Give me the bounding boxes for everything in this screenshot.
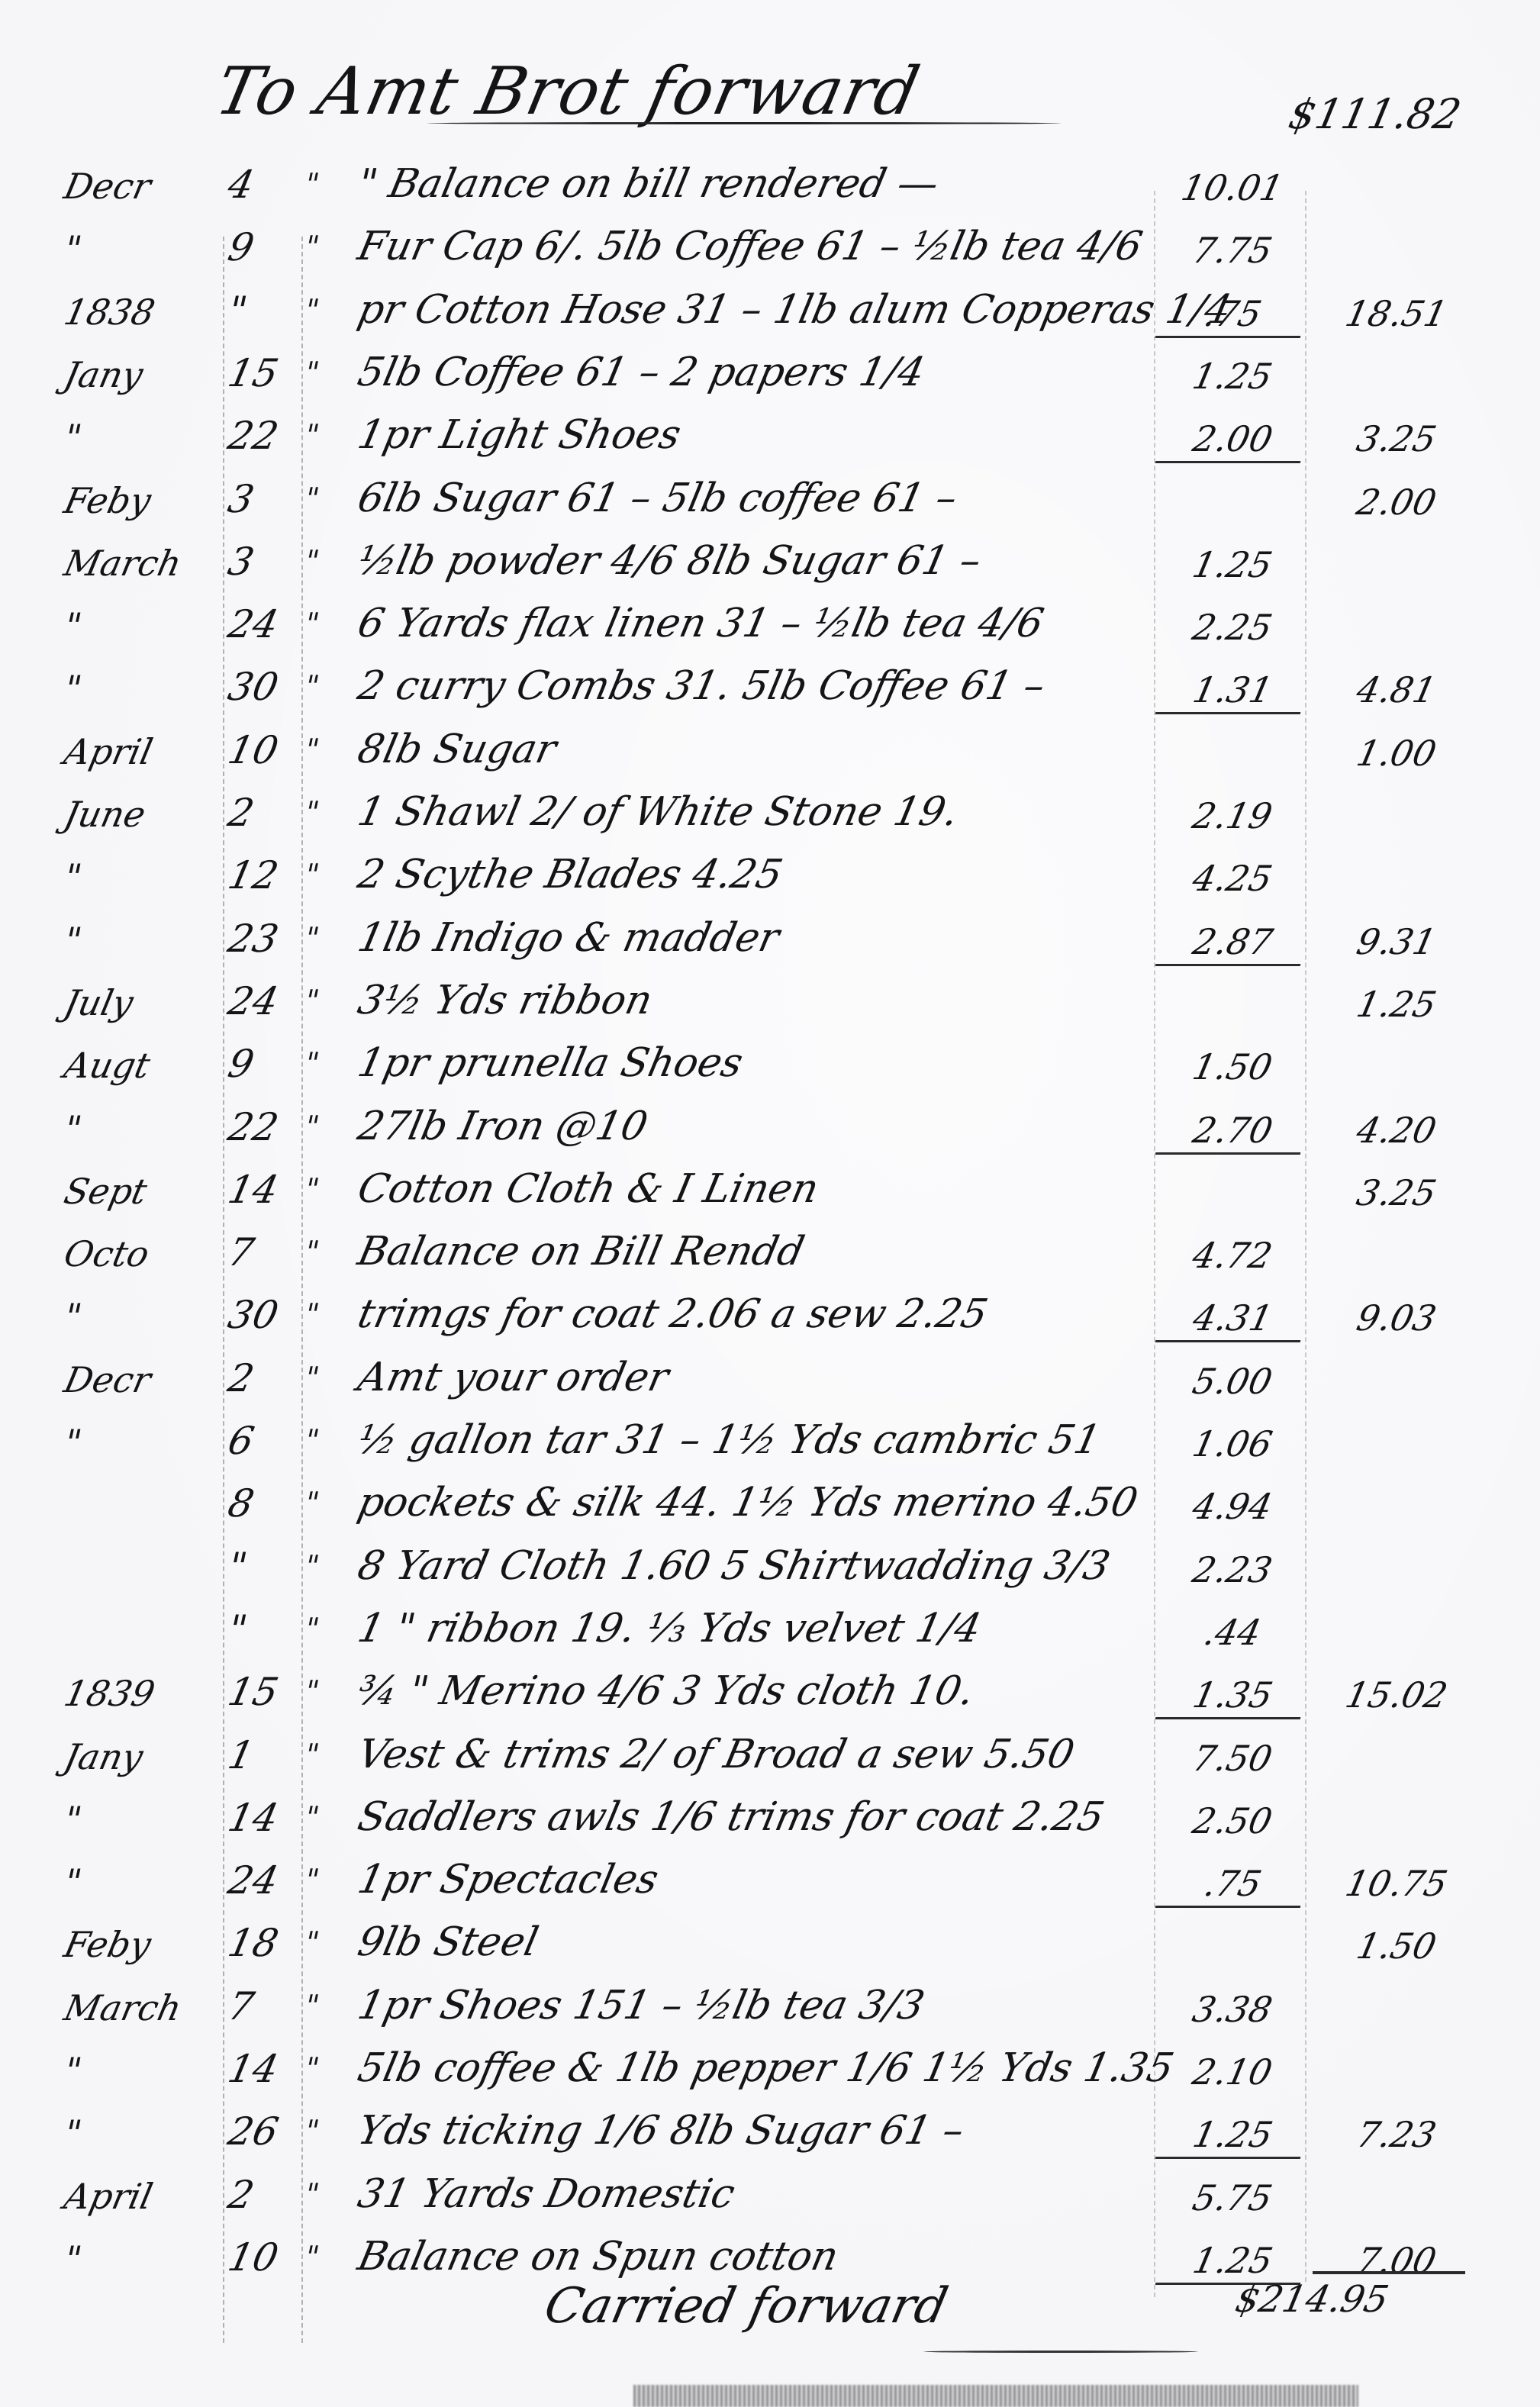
entry-amount: 5.75 — [1155, 2177, 1309, 2218]
entry-month: Octo — [60, 1233, 221, 1274]
heading-flourish — [427, 122, 1061, 124]
entry-amount: .75 — [1155, 1863, 1310, 1908]
entry-running-total: 7.00 — [1316, 2240, 1477, 2281]
entry-day: 14 — [224, 1796, 302, 1840]
entry-amount: 1.25 — [1155, 356, 1309, 397]
ledger-row: Decr2"Amt your order5.00 — [0, 1350, 1540, 1413]
entry-description: Yds ticking 1/6 8lb Sugar 61 – — [354, 2108, 1150, 2154]
entry-month: " — [60, 668, 221, 709]
entry-day: 9 — [224, 1042, 302, 1086]
ditto-mark: " — [301, 2114, 339, 2148]
ledger-row: Jany1"Vest & trims 2/ of Broad a sew 5.5… — [0, 1727, 1540, 1790]
entry-month: April — [60, 2176, 221, 2217]
ditto-mark: " — [301, 418, 339, 452]
entry-description: 1pr Light Shoes — [354, 412, 1150, 458]
ledger-row: 1838""pr Cotton Hose 31 – 1lb alum Coppe… — [0, 282, 1540, 345]
entry-description: 5lb coffee & 1lb pepper 1/6 1½ Yds 1.35 — [354, 2045, 1150, 2091]
ditto-mark: " — [301, 1738, 339, 1771]
entry-day: 30 — [224, 665, 302, 709]
entry-day: 12 — [224, 853, 302, 897]
entry-month: " — [60, 2238, 221, 2280]
entry-month: Feby — [60, 480, 221, 521]
entry-amount: 4.72 — [1155, 1235, 1309, 1276]
ledger-row: "14"Saddlers awls 1/6 trims for coat 2.2… — [0, 1790, 1540, 1852]
entry-running-total: 18.51 — [1316, 293, 1477, 334]
entry-amount: 2.87 — [1155, 921, 1310, 966]
entry-month: April — [60, 731, 221, 772]
ledger-page: To Amt Brot forward $111.82 Decr4"" Bala… — [0, 0, 1540, 2407]
entry-day: 4 — [224, 163, 302, 207]
carried-forward-label: Carried forward — [540, 2278, 952, 2334]
entry-description: 6lb Sugar 61 – 5lb coffee 61 – — [354, 475, 1150, 521]
entry-month: Decr — [60, 1359, 221, 1400]
entry-day: 14 — [224, 2047, 302, 2091]
entry-description: 3½ Yds ribbon — [354, 978, 1150, 1023]
ditto-mark: " — [301, 1423, 339, 1457]
entry-amount: 2.23 — [1155, 1549, 1309, 1590]
entry-description: Balance on Bill Rendd — [354, 1229, 1150, 1274]
ditto-mark: " — [301, 167, 339, 201]
entry-amount: 1.25 — [1155, 2114, 1310, 2159]
entry-description: " Balance on bill rendered — — [354, 161, 1150, 207]
entry-day: 24 — [224, 1858, 302, 1903]
entry-amount: 1.35 — [1155, 1674, 1310, 1719]
entry-description: 9lb Steel — [354, 1919, 1150, 1965]
page-heading: To Amt Brot forward — [209, 53, 926, 130]
ditto-mark: " — [301, 1297, 339, 1331]
entry-description: Vest & trims 2/ of Broad a sew 5.50 — [354, 1732, 1150, 1777]
ledger-row: Feby3"6lb Sugar 61 – 5lb coffee 61 –2.00 — [0, 471, 1540, 533]
entry-description: trimgs for coat 2.06 a sew 2.25 — [354, 1291, 1150, 1337]
entry-month: " — [60, 2112, 221, 2154]
entry-day: 10 — [224, 728, 302, 772]
brought-forward-total: $111.82 — [1284, 90, 1465, 138]
entry-month: " — [60, 417, 221, 458]
ditto-mark: " — [301, 1486, 339, 1519]
entry-day: 30 — [224, 1293, 302, 1337]
entry-running-total: 9.03 — [1316, 1297, 1477, 1339]
entry-day: 15 — [224, 1670, 302, 1714]
ledger-row: 8"pockets & silk 44. 1½ Yds merino 4.504… — [0, 1475, 1540, 1538]
entry-description: ½ gallon tar 31 – 1½ Yds cambric 51 — [354, 1417, 1150, 1463]
entry-description: 27lb Iron @10 — [354, 1104, 1150, 1149]
entry-description: 8lb Sugar — [354, 727, 1150, 772]
carried-forward-total: $214.95 — [1232, 2278, 1392, 2321]
ledger-row: Sept14"Cotton Cloth & I Linen3.25 — [0, 1162, 1540, 1224]
entry-month: Jany — [60, 1736, 221, 1777]
entry-day: 6 — [224, 1419, 302, 1463]
entry-amount: 2.25 — [1155, 607, 1309, 648]
entry-description: ½lb powder 4/6 8lb Sugar 61 – — [354, 538, 1150, 584]
entry-amount: 7.75 — [1155, 230, 1309, 271]
entry-amount: 2.50 — [1155, 1800, 1309, 1841]
ditto-mark: " — [301, 1800, 339, 1834]
scan-smudge — [633, 2385, 1358, 2407]
entry-month: " — [60, 856, 221, 897]
entry-month: March — [60, 543, 221, 584]
ditto-mark: " — [301, 921, 339, 955]
entry-description: 1pr prunella Shoes — [354, 1040, 1150, 1086]
ledger-row: "30"trimgs for coat 2.06 a sew 2.254.319… — [0, 1287, 1540, 1349]
entry-amount: 1.06 — [1155, 1423, 1309, 1464]
entry-month: " — [60, 1422, 221, 1463]
entry-running-total: 10.75 — [1316, 1863, 1477, 1904]
entry-day: 7 — [224, 1984, 302, 2028]
entry-month: " — [60, 605, 221, 646]
entry-running-total: 1.50 — [1316, 1925, 1477, 1967]
ledger-row: "6"½ gallon tar 31 – 1½ Yds cambric 511.… — [0, 1413, 1540, 1475]
ditto-mark: " — [301, 482, 339, 515]
entry-running-total: 4.81 — [1316, 669, 1477, 710]
entry-amount: 7.50 — [1155, 1738, 1309, 1779]
ditto-mark: " — [301, 2177, 339, 2211]
entry-month: Augt — [60, 1045, 221, 1086]
entry-running-total: 2.00 — [1316, 482, 1477, 523]
entry-running-total: 1.25 — [1316, 984, 1477, 1025]
ledger-row: Octo7"Balance on Bill Rendd4.72 — [0, 1224, 1540, 1287]
entry-description: 1pr Shoes 151 – ½lb tea 3/3 — [354, 1983, 1150, 2028]
ditto-mark: " — [301, 1172, 339, 1206]
entry-amount: 2.19 — [1155, 795, 1309, 836]
entry-month: Decr — [60, 166, 221, 207]
entry-running-total: 1.00 — [1316, 733, 1477, 774]
entry-running-total: 7.23 — [1316, 2114, 1477, 2155]
entry-amount: 1.31 — [1155, 669, 1310, 714]
ditto-mark: " — [301, 858, 339, 891]
entry-day: 22 — [224, 1105, 302, 1149]
entry-month: Jany — [60, 354, 221, 395]
entry-description: 1lb Indigo & madder — [354, 915, 1150, 961]
entry-amount: 5.00 — [1155, 1361, 1309, 1402]
entry-day: 14 — [224, 1168, 302, 1212]
entry-amount: 2.00 — [1155, 418, 1310, 463]
ditto-mark: " — [301, 1674, 339, 1708]
entry-day: " — [224, 1545, 302, 1589]
entry-day: 26 — [224, 2109, 302, 2154]
entry-amount: 4.25 — [1155, 858, 1309, 899]
entry-description: 8 Yard Cloth 1.60 5 Shirtwadding 3/3 — [354, 1543, 1150, 1589]
entry-month: " — [60, 228, 221, 269]
entry-month: " — [60, 920, 221, 961]
ditto-mark: " — [301, 544, 339, 578]
ledger-row: "9"Fur Cap 6/. 5lb Coffee 61 – ½lb tea 4… — [0, 219, 1540, 282]
ledger-row: Jany15"5lb Coffee 61 – 2 papers 1/41.25 — [0, 345, 1540, 408]
entry-day: 23 — [224, 917, 302, 961]
entry-month: Sept — [60, 1171, 221, 1212]
entry-description: Amt your order — [354, 1355, 1150, 1400]
ditto-mark: " — [301, 984, 339, 1017]
entry-amount: 2.70 — [1155, 1110, 1310, 1155]
ledger-row: April2"31 Yards Domestic5.75 — [0, 2167, 1540, 2229]
ditto-mark: " — [301, 356, 339, 389]
ledger-row: "22"1pr Light Shoes2.003.25 — [0, 408, 1540, 470]
ledger-row: April10"8lb Sugar1.00 — [0, 722, 1540, 785]
entry-description: Saddlers awls 1/6 trims for coat 2.25 — [354, 1794, 1150, 1840]
entry-day: 22 — [224, 414, 302, 458]
entry-day: 2 — [224, 791, 302, 835]
ledger-row: March3"½lb powder 4/6 8lb Sugar 61 –1.25 — [0, 533, 1540, 596]
entry-day: 7 — [224, 1230, 302, 1274]
entry-description: pr Cotton Hose 31 – 1lb alum Copperas 1/… — [354, 287, 1150, 333]
ledger-row: July24"3½ Yds ribbon1.25 — [0, 973, 1540, 1036]
ditto-mark: " — [301, 1925, 339, 1959]
entry-amount: 4.31 — [1155, 1297, 1310, 1342]
ditto-mark: " — [301, 230, 339, 263]
entry-amount: .44 — [1155, 1612, 1309, 1653]
ledger-row: ""1 " ribbon 19. ⅓ Yds velvet 1/4.44 — [0, 1601, 1540, 1664]
ledger-row: 183915"¾ " Merino 4/6 3 Yds cloth 10.1.3… — [0, 1664, 1540, 1726]
entry-description: 2 Scythe Blades 4.25 — [354, 852, 1150, 897]
entry-day: 1 — [224, 1733, 302, 1777]
ditto-mark: " — [301, 607, 339, 640]
entry-description: 5lb Coffee 61 – 2 papers 1/4 — [354, 350, 1150, 395]
entry-month: " — [60, 1799, 221, 1840]
entry-day: 9 — [224, 225, 302, 269]
ditto-mark: " — [301, 669, 339, 703]
entry-amount: 3.38 — [1155, 1989, 1309, 2030]
ditto-mark: " — [301, 2240, 339, 2273]
carried-forward-flourish — [923, 2351, 1198, 2353]
ledger-row: June2"1 Shawl 2/ of White Stone 19.2.19 — [0, 785, 1540, 847]
entry-amount: 4.94 — [1155, 1486, 1309, 1527]
entry-month: " — [60, 2050, 221, 2091]
ditto-mark: " — [301, 1046, 339, 1080]
ledger-row: "24"6 Yards flax linen 31 – ½lb tea 4/62… — [0, 596, 1540, 659]
entry-month: " — [60, 1861, 221, 1903]
entry-description: ¾ " Merino 4/6 3 Yds cloth 10. — [354, 1668, 1150, 1714]
entry-day: 2 — [224, 1356, 302, 1400]
entry-month: Feby — [60, 1924, 221, 1965]
ledger-row: Feby18"9lb Steel1.50 — [0, 1915, 1540, 1977]
ledger-row: "12"2 Scythe Blades 4.254.25 — [0, 847, 1540, 910]
final-total-rule — [1313, 2271, 1465, 2274]
entry-amount: 1.25 — [1155, 544, 1309, 585]
ledger-row: Augt9"1pr prunella Shoes1.50 — [0, 1036, 1540, 1098]
ditto-mark: " — [301, 1549, 339, 1583]
entry-day: 24 — [224, 979, 302, 1023]
ditto-mark: " — [301, 1989, 339, 2022]
entry-month: 1839 — [60, 1673, 221, 1714]
entry-description: 1pr Spectacles — [354, 1857, 1150, 1903]
entry-running-total: 3.25 — [1316, 418, 1477, 459]
entry-amount: .75 — [1155, 293, 1310, 338]
entry-description: Cotton Cloth & I Linen — [354, 1166, 1150, 1212]
ditto-mark: " — [301, 1612, 339, 1645]
ledger-row: Decr4"" Balance on bill rendered —10.01 — [0, 156, 1540, 219]
entry-amount: 2.10 — [1155, 2051, 1309, 2093]
ledger-row: "30"2 curry Combs 31. 5lb Coffee 61 –1.3… — [0, 659, 1540, 721]
entry-description: Fur Cap 6/. 5lb Coffee 61 – ½lb tea 4/6 — [354, 224, 1150, 269]
entry-description: 6 Yards flax linen 31 – ½lb tea 4/6 — [354, 601, 1150, 646]
entry-description: Balance on Spun cotton — [354, 2234, 1150, 2280]
entry-month: June — [60, 794, 221, 835]
entry-description: 1 " ribbon 19. ⅓ Yds velvet 1/4 — [354, 1606, 1150, 1651]
ledger-row: ""8 Yard Cloth 1.60 5 Shirtwadding 3/32.… — [0, 1539, 1540, 1601]
entry-day: 2 — [224, 2173, 302, 2217]
entry-month: July — [60, 982, 221, 1023]
ledger-row: "14"5lb coffee & 1lb pepper 1/6 1½ Yds 1… — [0, 2041, 1540, 2103]
entry-day: 24 — [224, 602, 302, 646]
entry-month: 1838 — [60, 292, 221, 333]
entry-day: 3 — [224, 477, 302, 521]
entry-day: 3 — [224, 540, 302, 584]
ditto-mark: " — [301, 795, 339, 829]
entry-running-total: 9.31 — [1316, 921, 1477, 962]
entry-day: 15 — [224, 351, 302, 395]
entry-month: " — [60, 1296, 221, 1337]
ledger-row: "22"27lb Iron @102.704.20 — [0, 1099, 1540, 1162]
entry-month: " — [60, 1108, 221, 1149]
ledger-row: "26"Yds ticking 1/6 8lb Sugar 61 –1.257.… — [0, 2103, 1540, 2166]
entry-day: 10 — [224, 2235, 302, 2280]
entry-day: 8 — [224, 1481, 302, 1526]
ditto-mark: " — [301, 293, 339, 327]
ditto-mark: " — [301, 1110, 339, 1143]
entry-amount: 1.50 — [1155, 1046, 1309, 1087]
ledger-row: March7"1pr Shoes 151 – ½lb tea 3/33.38 — [0, 1978, 1540, 2041]
ditto-mark: " — [301, 1863, 339, 1896]
entry-day: 18 — [224, 1921, 302, 1965]
entry-month: March — [60, 1987, 221, 2028]
entry-running-total: 4.20 — [1316, 1110, 1477, 1151]
entry-amount: 10.01 — [1155, 167, 1309, 208]
ditto-mark: " — [301, 1361, 339, 1394]
ledger-row: "24"1pr Spectacles.7510.75 — [0, 1852, 1540, 1915]
entry-day: " — [224, 288, 302, 333]
entry-running-total: 15.02 — [1316, 1674, 1477, 1716]
entry-description: pockets & silk 44. 1½ Yds merino 4.50 — [354, 1480, 1150, 1526]
ditto-mark: " — [301, 1235, 339, 1268]
entry-day: " — [224, 1607, 302, 1651]
entry-description: 1 Shawl 2/ of White Stone 19. — [354, 789, 1150, 835]
entry-description: 31 Yards Domestic — [354, 2171, 1150, 2217]
entry-running-total: 3.25 — [1316, 1172, 1477, 1213]
entry-description: 2 curry Combs 31. 5lb Coffee 61 – — [354, 663, 1150, 709]
ledger-row: "23"1lb Indigo & madder2.879.31 — [0, 910, 1540, 973]
ditto-mark: " — [301, 2051, 339, 2085]
ditto-mark: " — [301, 733, 339, 766]
